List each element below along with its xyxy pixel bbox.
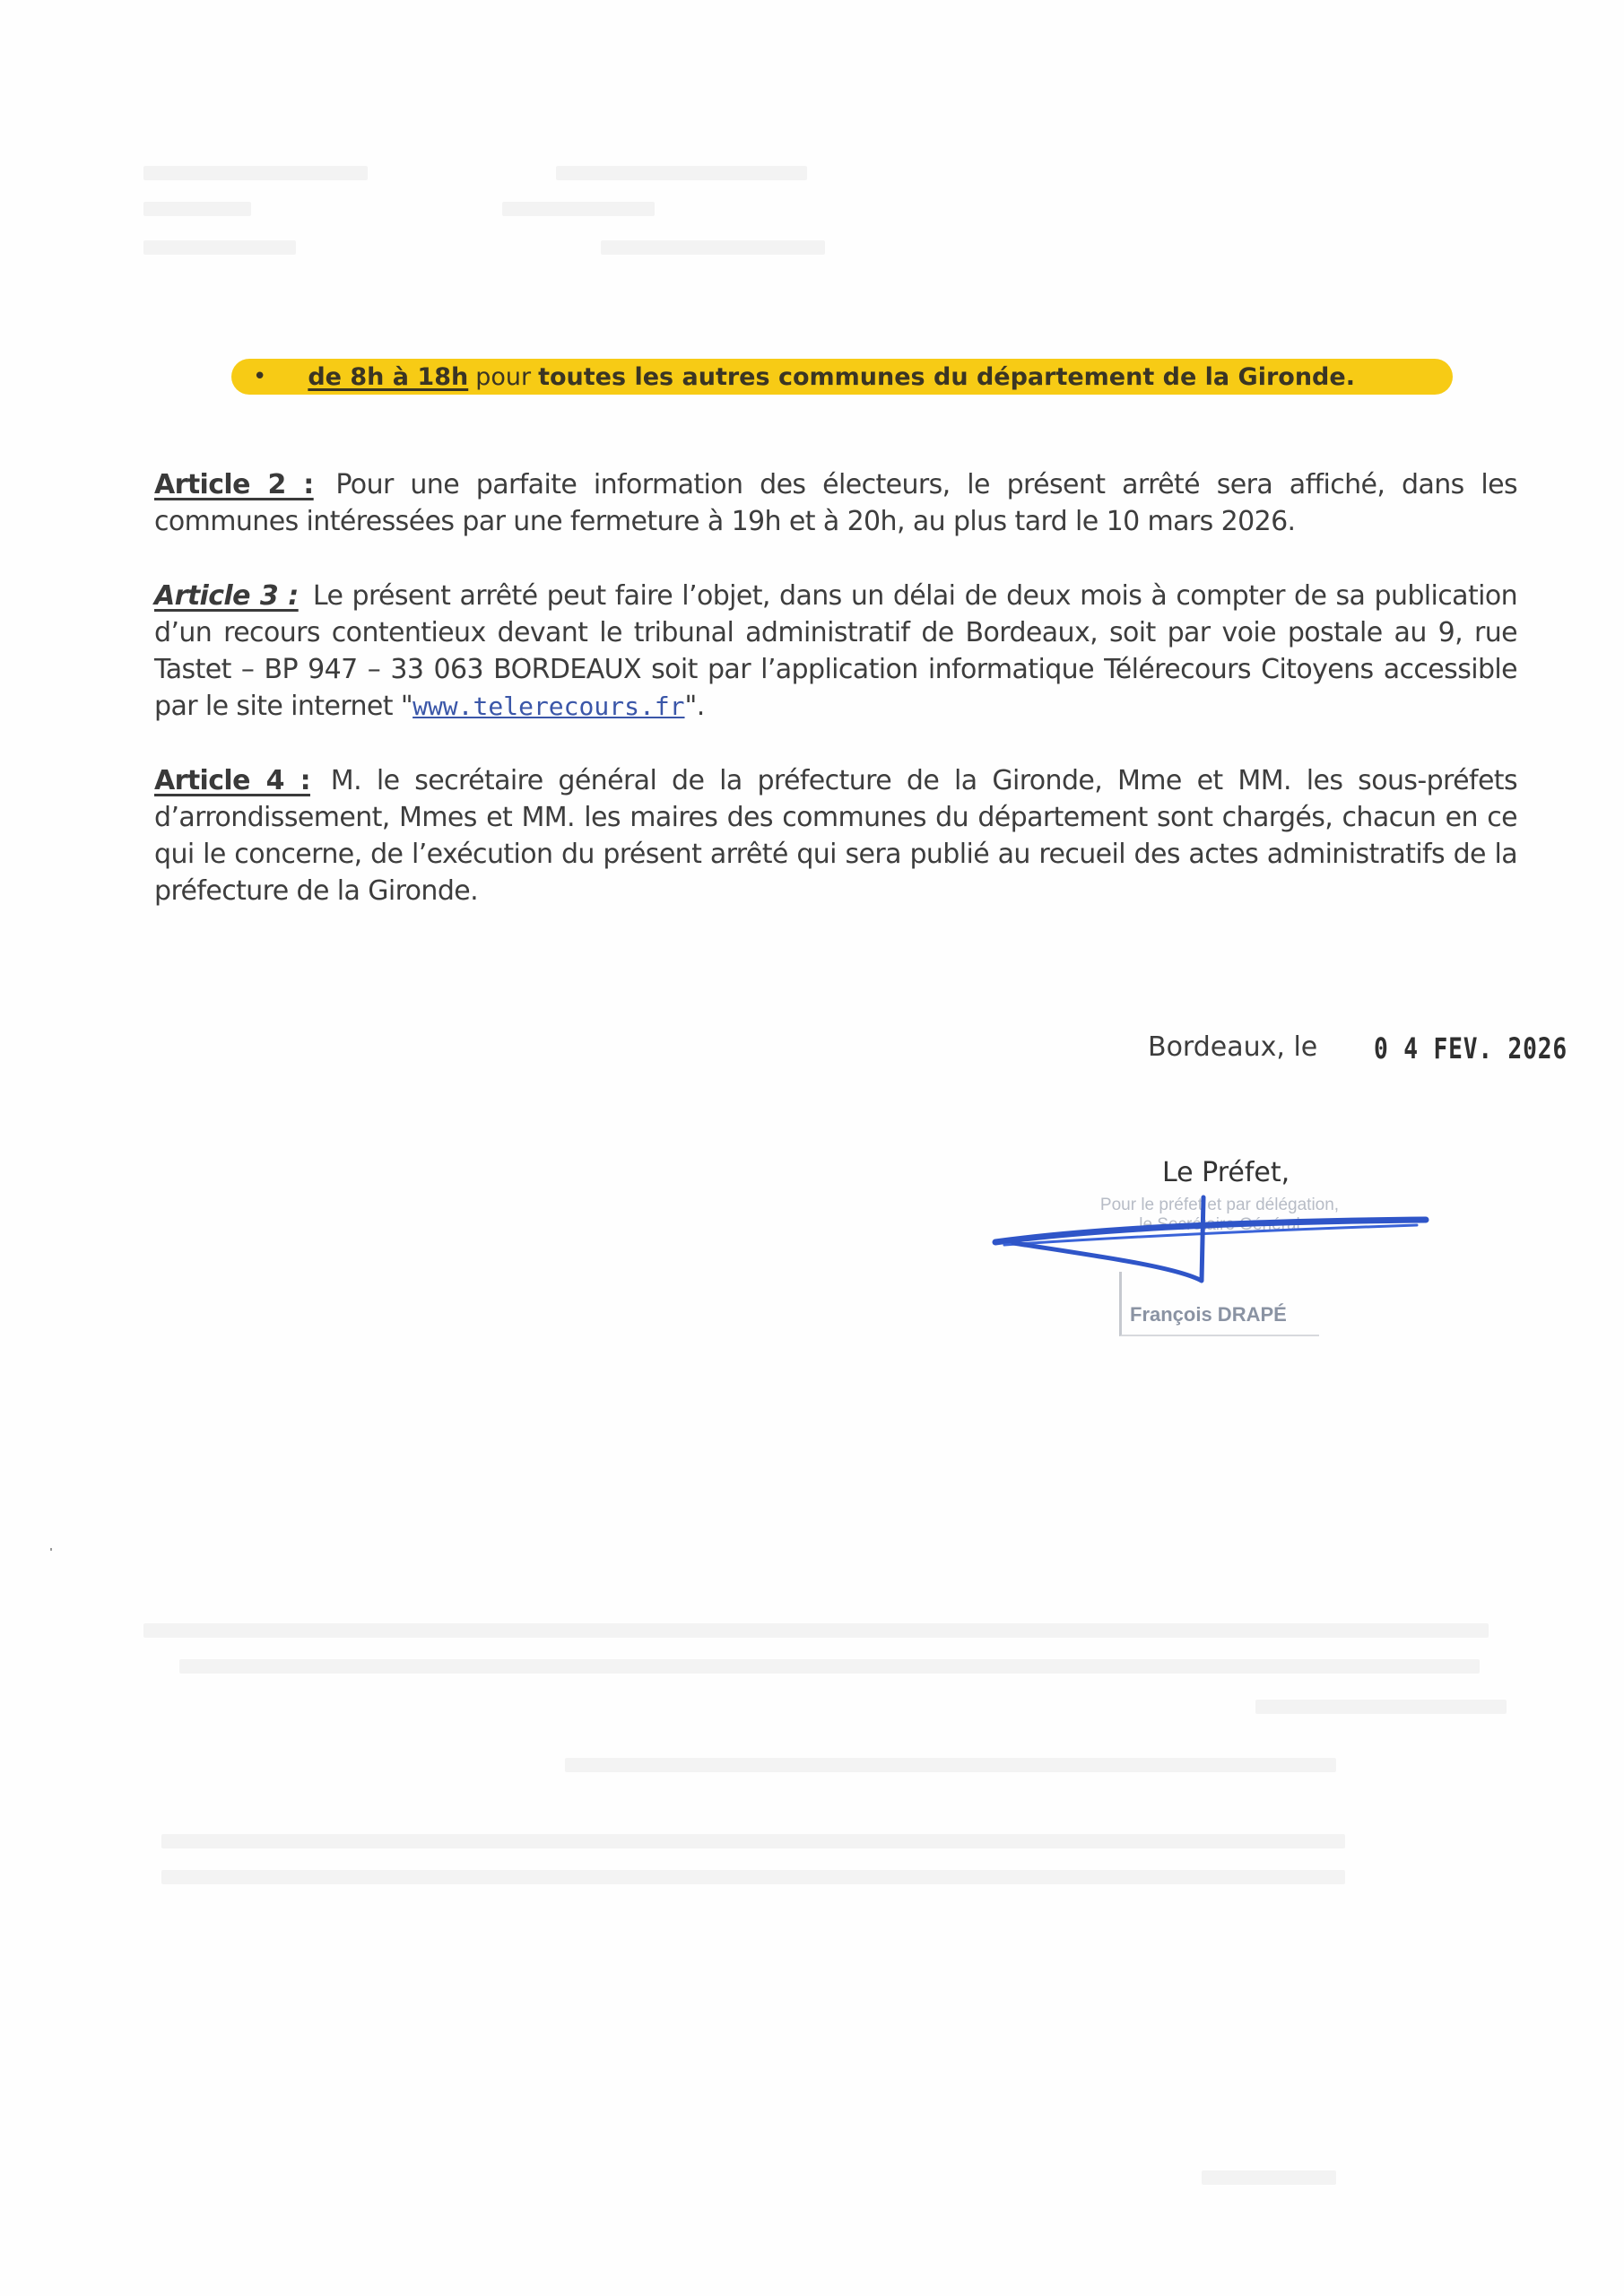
time-range: de 8h à 18h [308,363,468,391]
bleed-through [1202,2170,1336,2185]
telerecours-link[interactable]: www.telerecours.fr [413,691,684,721]
bleed-through [565,1758,1336,1772]
article-2: Article 2 : Pour une parfaite informatio… [154,466,1517,540]
article-label: Article 2 : [154,469,314,500]
scope-text: toutes les autres communes du départemen… [538,363,1355,391]
document-page: • de 8h à 18h pour toutes les autres com… [0,0,1624,2296]
bullet-icon: • [253,363,266,390]
bleed-through [556,166,807,180]
connector-text: pour [475,363,531,391]
highlighted-schedule-item: • de 8h à 18h pour toutes les autres com… [231,359,1453,395]
signer-name: François DRAPÉ [1130,1303,1287,1326]
bleed-through [143,240,296,255]
article-4: Article 4 : M. le secrétaire général de … [154,762,1517,909]
bleed-through [161,1834,1345,1848]
article-3: Article 3 : Le présent arrêté peut faire… [154,578,1517,725]
bleed-through [502,202,655,216]
bleed-through [143,1623,1489,1638]
article-text-end: ". [685,691,705,722]
bleed-through [161,1870,1345,1884]
date-stamp: 0 4 FEV. 2026 [1374,1031,1568,1065]
article-text: M. le secrétaire général de la préfectur… [154,765,1517,907]
scan-speck [50,1548,52,1551]
article-text: Le présent arrêté peut faire l’objet, da… [154,580,1517,722]
bleed-through [143,202,251,216]
article-label: Article 4 : [154,765,310,796]
bleed-through [1255,1700,1507,1714]
bleed-through [601,240,825,255]
bleed-through [143,166,368,180]
place-label: Bordeaux, le [1148,1031,1317,1063]
article-label: Article 3 : [154,580,299,612]
article-text: Pour une parfaite information des électe… [154,469,1517,537]
bleed-through [179,1659,1480,1674]
